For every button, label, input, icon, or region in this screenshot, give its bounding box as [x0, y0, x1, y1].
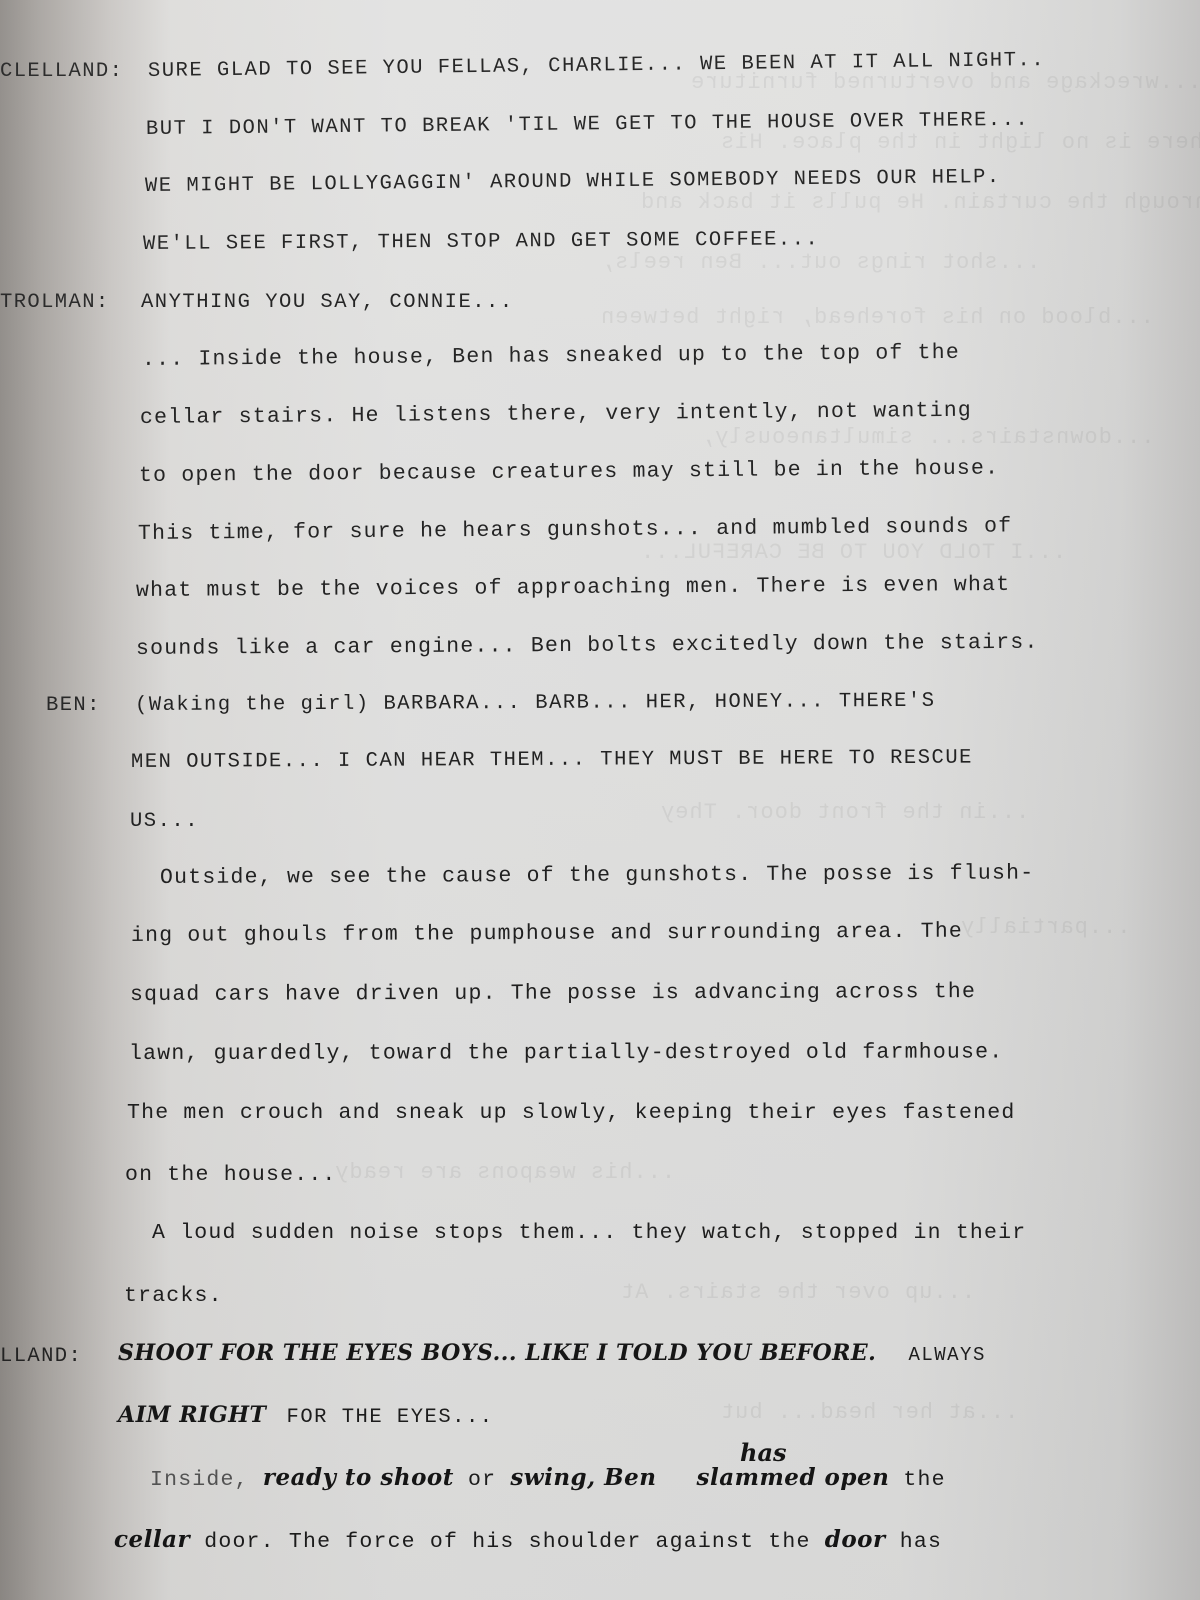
handwritten-edit: swing, Ben: [510, 1464, 656, 1491]
handwritten-edit: AIM RIGHT: [118, 1402, 266, 1428]
bleed-through-text: ...blood on his forehead, right between: [600, 305, 1154, 330]
handwritten-dialogue-line: AIM RIGHT FOR THE EYES...: [118, 1402, 494, 1429]
bleed-through-text: ...in the front door. They: [660, 800, 1029, 825]
dialogue-line: US...: [130, 810, 199, 833]
bleed-through-text: ...downstairs... simultaneously,: [700, 425, 1154, 450]
action-line: what must be the voices of approaching m…: [136, 573, 1010, 603]
action-line: lawn, guardedly, toward the partially-de…: [129, 1040, 1003, 1066]
typed-text: ALWAYS: [908, 1344, 985, 1366]
action-line: ing out ghouls from the pumphouse and su…: [131, 920, 963, 948]
dialogue-line: (Waking the girl) BARBARA... BARB... HER…: [135, 690, 936, 717]
handwritten-edit: SHOOT FOR THE EYES BOYS... LIKE I TOLD Y…: [118, 1340, 876, 1366]
typed-text: door. The force of his shoulder against …: [204, 1530, 810, 1554]
handwritten-dialogue-line: SHOOT FOR THE EYES BOYS... LIKE I TOLD Y…: [118, 1340, 986, 1367]
action-line: The men crouch and sneak up slowly, keep…: [127, 1101, 1015, 1125]
edited-action-line: Inside, ready to shoot or swing, Ben sla…: [150, 1464, 946, 1492]
action-line: ... Inside the house, Ben has sneaked up…: [142, 341, 960, 372]
handwritten-insert: has: [740, 1438, 787, 1467]
bleed-through-text: ...shot rings out... Ben reels,: [600, 250, 1040, 275]
action-line: squad cars have driven up. The posse is …: [130, 980, 976, 1007]
bleed-through-text: ...up over the stairs. At: [620, 1280, 975, 1305]
dialogue-line: ANYTHING YOU SAY, CONNIE...: [141, 291, 514, 314]
typed-text: Inside,: [150, 1468, 249, 1492]
script-page: ...wreckage and overturned furniture ...…: [0, 0, 1200, 1600]
action-line: Outside, we see the cause of the gunshot…: [160, 861, 1034, 890]
dialogue-line: MEN OUTSIDE... I CAN HEAR THEM... THEY M…: [131, 747, 973, 774]
handwritten-edit: door: [825, 1526, 886, 1553]
speaker-mcclelland: LLAND:: [0, 1345, 82, 1368]
speaker-patrolman: TROLMAN:: [0, 291, 110, 314]
typed-text: the: [903, 1468, 945, 1492]
bleed-through-text: ...at her head... but: [720, 1400, 1018, 1425]
bleed-through-text: ...I TOLD YOU TO BE CAREFUL...: [640, 540, 1066, 565]
handwritten-edit: slammed open: [697, 1464, 890, 1491]
handwritten-edit: ready to shoot: [263, 1464, 454, 1491]
bleed-through-text: ...partially: [960, 915, 1130, 940]
handwritten-edit: cellar: [114, 1526, 190, 1553]
action-line: to open the door because creatures may s…: [139, 456, 999, 488]
action-line: sounds like a car engine... Ben bolts ex…: [136, 631, 1039, 661]
action-line: tracks.: [124, 1284, 223, 1308]
bleed-through-text: ...his weapons are ready.: [320, 1160, 675, 1185]
typed-text: FOR THE EYES...: [287, 1406, 494, 1429]
typed-text: or: [468, 1468, 496, 1492]
edited-action-line: cellar door. The force of his shoulder a…: [114, 1526, 942, 1554]
action-line: on the house...: [125, 1163, 337, 1187]
dialogue-line: WE'LL SEE FIRST, THEN STOP AND GET SOME …: [143, 228, 819, 256]
typed-text: has: [900, 1530, 942, 1554]
speaker-mcclelland: CLELLAND:: [0, 60, 123, 83]
speaker-ben: BEN:: [46, 694, 101, 717]
bleed-through-text: ...through the curtain. He pulls it back…: [640, 190, 1200, 215]
action-line: A loud sudden noise stops them... they w…: [152, 1221, 1026, 1245]
